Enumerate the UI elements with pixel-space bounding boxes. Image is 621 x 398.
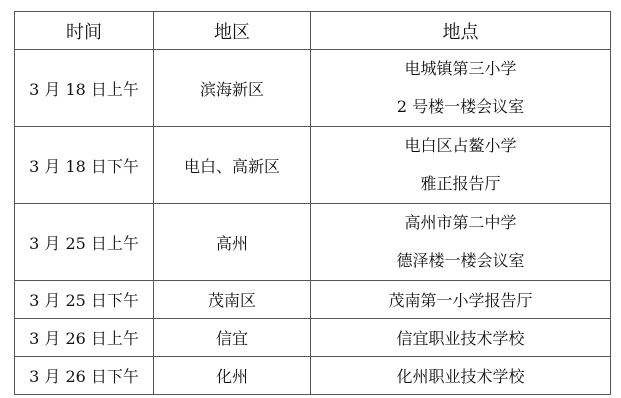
venue-line: 2 号楼一楼会议室 [311, 88, 610, 126]
table-row: 3 月 18 日下午 电白、高新区 电白区占鳌小学 雅正报告厅 [15, 127, 611, 204]
header-venue: 地点 [311, 12, 611, 50]
time-cell: 3 月 26 日下午 [15, 357, 154, 395]
region-cell: 滨海新区 [154, 50, 311, 127]
region-cell: 电白、高新区 [154, 127, 311, 204]
region-cell: 信宜 [154, 319, 311, 357]
time-cell: 3 月 18 日下午 [15, 127, 154, 204]
region-cell: 茂南区 [154, 281, 311, 319]
venue-line: 电白区占鳌小学 [311, 127, 610, 165]
venue-cell: 信宜职业技术学校 [311, 319, 611, 357]
venue-cell: 电城镇第三小学 2 号楼一楼会议室 [311, 50, 611, 127]
venue-cell: 化州职业技术学校 [311, 357, 611, 395]
venue-line: 高州市第二中学 [311, 204, 610, 242]
time-cell: 3 月 25 日下午 [15, 281, 154, 319]
venue-cell: 高州市第二中学 德泽楼一楼会议室 [311, 204, 611, 281]
venue-cell: 茂南第一小学报告厅 [311, 281, 611, 319]
schedule-table: 时间 地区 地点 3 月 18 日上午 滨海新区 电城镇第三小学 2 号楼一楼会… [14, 11, 611, 395]
header-row: 时间 地区 地点 [15, 12, 611, 50]
venue-line: 雅正报告厅 [311, 165, 610, 203]
region-cell: 高州 [154, 204, 311, 281]
table-row: 3 月 25 日上午 高州 高州市第二中学 德泽楼一楼会议室 [15, 204, 611, 281]
time-cell: 3 月 18 日上午 [15, 50, 154, 127]
venue-line: 德泽楼一楼会议室 [311, 242, 610, 280]
header-region: 地区 [154, 12, 311, 50]
region-cell: 化州 [154, 357, 311, 395]
table-row: 3 月 26 日上午 信宜 信宜职业技术学校 [15, 319, 611, 357]
venue-line: 电城镇第三小学 [311, 50, 610, 88]
table-row: 3 月 26 日下午 化州 化州职业技术学校 [15, 357, 611, 395]
table-row: 3 月 25 日下午 茂南区 茂南第一小学报告厅 [15, 281, 611, 319]
time-cell: 3 月 25 日上午 [15, 204, 154, 281]
venue-cell: 电白区占鳌小学 雅正报告厅 [311, 127, 611, 204]
time-cell: 3 月 26 日上午 [15, 319, 154, 357]
header-time: 时间 [15, 12, 154, 50]
table-row: 3 月 18 日上午 滨海新区 电城镇第三小学 2 号楼一楼会议室 [15, 50, 611, 127]
